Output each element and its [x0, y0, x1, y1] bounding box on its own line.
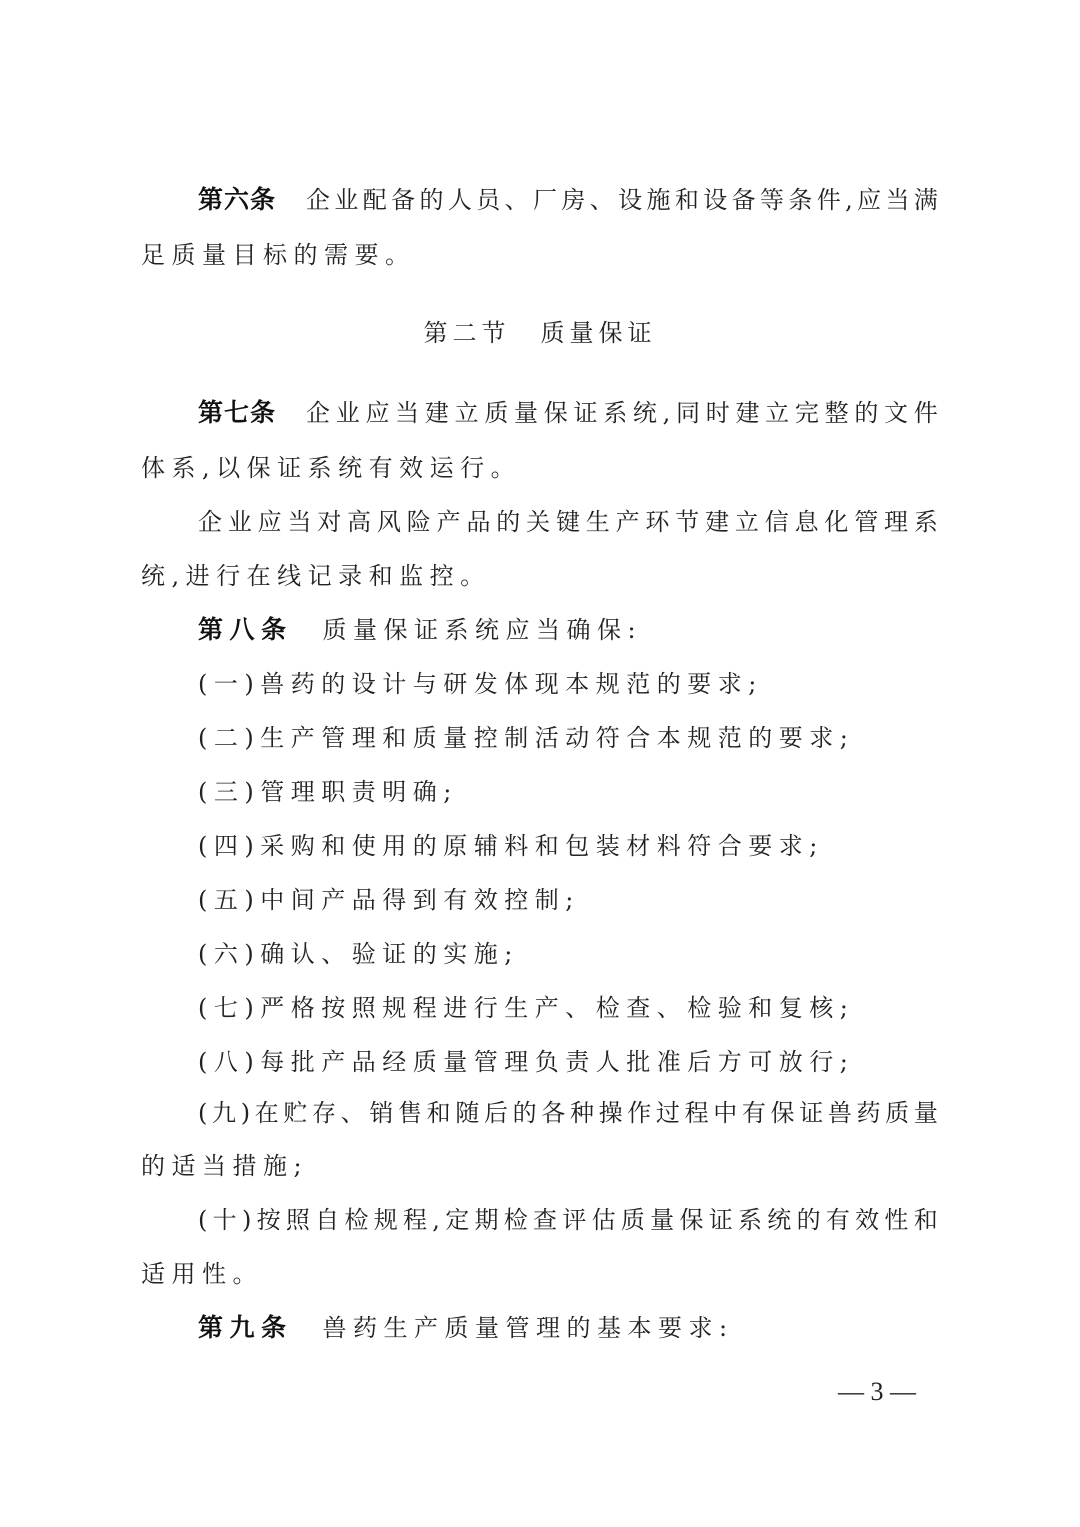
list-item-2: (二)生产管理和质量控制活动符合本规范的要求;	[198, 718, 938, 758]
list-item-3: (三)管理职责明确;	[198, 772, 938, 812]
list-item-10-line-2: 适用性。	[141, 1254, 938, 1294]
article-text: 企业应当建立质量保证系统,同时建立完整的文件	[306, 393, 938, 433]
article-8-line-1: 第八条 质量保证系统应当确保:	[198, 610, 938, 650]
article-7-line-2: 体系,以保证系统有效运行。	[141, 448, 938, 488]
page-number: — 3 —	[838, 1375, 916, 1409]
list-item-text: (二)生产管理和质量控制活动符合本规范的要求;	[198, 718, 854, 758]
list-item-text: 的适当措施;	[141, 1146, 308, 1186]
article-9-line-1: 第九条 兽药生产质量管理的基本要求:	[198, 1308, 938, 1348]
list-item-text: (三)管理职责明确;	[198, 772, 458, 812]
list-item-text: (八)每批产品经质量管理负责人批准后方可放行;	[198, 1042, 854, 1082]
paragraph-text: 企业应当对高风险产品的关键生产环节建立信息化管理系	[198, 502, 938, 542]
article-text: 足质量目标的需要。	[141, 235, 416, 275]
article-7-line-1: 第七条 企业应当建立质量保证系统,同时建立完整的文件	[198, 393, 938, 433]
article-6-line-1: 第六条 企业配备的人员、厂房、设施和设备等条件,应当满	[198, 180, 938, 220]
list-item-5: (五)中间产品得到有效控制;	[198, 880, 938, 920]
article-6-line-2: 足质量目标的需要。	[141, 235, 938, 275]
paragraph-text: 统,进行在线记录和监控。	[141, 556, 491, 596]
list-item-text: (四)采购和使用的原辅料和包装材料符合要求;	[198, 826, 824, 866]
article-text: 质量保证系统应当确保:	[323, 610, 643, 650]
list-item-text: (六)确认、验证的实施;	[198, 934, 519, 974]
article-text: 企业配备的人员、厂房、设施和设备等条件,应当满	[306, 180, 938, 220]
list-item-text: (十)按照自检规程,定期检查评估质量保证系统的有效性和	[198, 1200, 938, 1240]
paragraph-7b-line-1: 企业应当对高风险产品的关键生产环节建立信息化管理系	[198, 502, 938, 542]
article-number: 第九条	[198, 1308, 293, 1348]
list-item-9-line-1: (九)在贮存、销售和随后的各种操作过程中有保证兽药质量	[198, 1093, 938, 1133]
paragraph-7b-line-2: 统,进行在线记录和监控。	[141, 556, 938, 596]
list-item-text: (九)在贮存、销售和随后的各种操作过程中有保证兽药质量	[198, 1093, 938, 1133]
article-text: 体系,以保证系统有效运行。	[141, 448, 521, 488]
list-item-text: (一)兽药的设计与研发体现本规范的要求;	[198, 664, 763, 704]
list-item-8: (八)每批产品经质量管理负责人批准后方可放行;	[198, 1042, 938, 1082]
article-number: 第八条	[198, 610, 293, 650]
list-item-1: (一)兽药的设计与研发体现本规范的要求;	[198, 664, 938, 704]
article-number: 第七条	[198, 393, 276, 433]
list-item-text: (五)中间产品得到有效控制;	[198, 880, 580, 920]
article-text: 兽药生产质量管理的基本要求:	[323, 1308, 734, 1348]
list-item-7: (七)严格按照规程进行生产、检查、检验和复核;	[198, 988, 938, 1028]
list-item-text: 适用性。	[141, 1254, 263, 1294]
list-item-10-line-1: (十)按照自检规程,定期检查评估质量保证系统的有效性和	[198, 1200, 938, 1240]
list-item-9-line-2: 的适当措施;	[141, 1146, 938, 1186]
document-page: 第六条 企业配备的人员、厂房、设施和设备等条件,应当满 足质量目标的需要。 第二…	[0, 0, 1080, 1527]
section-title: 质量保证	[541, 319, 657, 347]
section-heading: 第二节质量保证	[0, 313, 1080, 353]
list-item-4: (四)采购和使用的原辅料和包装材料符合要求;	[198, 826, 938, 866]
article-number: 第六条	[198, 180, 276, 220]
list-item-text: (七)严格按照规程进行生产、检查、检验和复核;	[198, 988, 854, 1028]
list-item-6: (六)确认、验证的实施;	[198, 934, 938, 974]
section-number: 第二节	[424, 319, 511, 347]
